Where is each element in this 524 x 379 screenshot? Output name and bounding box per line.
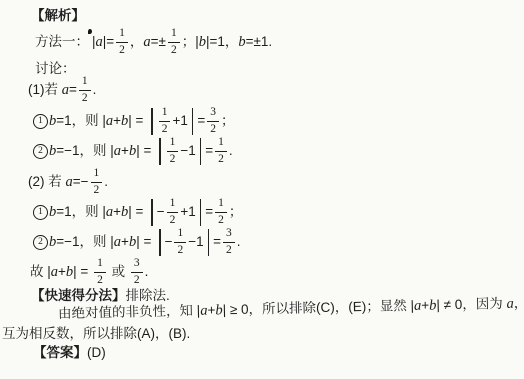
math-variable: a (51, 257, 58, 287)
math-variable: b (49, 197, 56, 227)
text-run: + (121, 227, 129, 257)
conclusion-line: 故 |a+b| = 12 或 32. (30, 257, 148, 287)
fraction: 12 (215, 136, 227, 165)
text-run: − (165, 227, 173, 257)
text-run: . (93, 75, 97, 105)
math-variable: a (62, 75, 69, 105)
analysis-heading: 【解析】 (31, 7, 85, 25)
fraction-denominator: 2 (162, 122, 168, 136)
case2-sub2-line: 2b=−1，则 |a+b| = −12−1=32. (33, 227, 241, 257)
math-variable: a (66, 167, 73, 197)
math-variable: a (114, 136, 121, 166)
text-run: +1 (180, 197, 195, 227)
fraction: 12 (215, 197, 227, 226)
text-run: | ≠ 0，因为 (436, 296, 507, 313)
math-variable: b (66, 257, 73, 287)
fraction-denominator: 2 (170, 213, 176, 227)
math-variable: b (49, 106, 56, 136)
fraction: 32 (207, 106, 219, 135)
fraction-denominator: 2 (97, 273, 103, 287)
fraction-numerator: 1 (79, 75, 91, 90)
text-run: 互为相反数，所以排除(A)，(B). (2, 326, 190, 341)
text-run: . (145, 257, 149, 287)
method-one-line: 方法一：|a|=12，a=±12；|b|=1，b=±1. (35, 27, 272, 57)
circled-number: 2 (33, 144, 48, 159)
text-run: −1 (180, 136, 195, 166)
scanned-solution-page: 【解析】方法一：|a|=12，a=±12；|b|=1，b=±1.讨论：(1)若 … (0, 0, 524, 379)
text-run: (1)若 (28, 75, 62, 105)
abs-value-bar (200, 138, 202, 165)
math-variable: b (199, 27, 206, 57)
text-run: ；| (182, 27, 199, 57)
text-run: =−1，则 | (56, 227, 114, 257)
case2-sub1-line: 1b=1，则 |a+b| = −12+1=12； (33, 197, 242, 227)
fraction-numerator: 1 (91, 167, 103, 182)
fraction-numerator: 3 (131, 257, 143, 272)
case-2-line: (2) 若 a=−12. (28, 167, 108, 197)
text-run: − (157, 197, 165, 227)
fraction-denominator: 2 (218, 213, 224, 227)
abs-value-bar (159, 138, 161, 165)
text-run: + (113, 197, 121, 227)
text-run: =1，则 | (56, 197, 106, 227)
text-run: 排除法. (126, 288, 170, 303)
fraction-numerator: 1 (215, 136, 227, 151)
fraction-denominator: 2 (82, 91, 88, 105)
text-run: =−1，则 | (56, 136, 114, 166)
text-run: =− (73, 167, 89, 197)
fraction: 12 (167, 136, 179, 165)
text-run: = (69, 75, 77, 105)
abs-value-bar (159, 229, 161, 256)
math-variable: a (106, 106, 113, 136)
math-variable: b (49, 136, 56, 166)
text-run: 讨论： (35, 61, 76, 76)
fraction-numerator: 3 (223, 227, 235, 242)
text-run: + (113, 106, 121, 136)
abs-value-bar (151, 108, 153, 135)
text-run: (2) 若 (28, 167, 66, 197)
math-variable: b (121, 197, 128, 227)
text-run: + (58, 257, 66, 287)
math-variable: a (114, 227, 121, 257)
math-variable: b (129, 227, 136, 257)
text-run: | = (128, 106, 147, 136)
text-run: −1 (188, 227, 203, 257)
text-run: =±1. (246, 27, 273, 57)
answer-line: 【答案】(D) (33, 344, 106, 362)
text-run: 由绝对值的非负性，知 | (58, 303, 201, 321)
text-run: (D) (87, 345, 106, 360)
math-variable: a (143, 27, 150, 57)
circled-number: 1 (33, 205, 48, 220)
fraction: 32 (223, 227, 235, 256)
fraction-denominator: 2 (119, 43, 125, 57)
fraction-denominator: 2 (218, 152, 224, 166)
fraction-numerator: 1 (159, 106, 171, 121)
math-variable: b (238, 27, 245, 57)
fraction: 12 (174, 227, 186, 256)
text-run: | = (136, 136, 155, 166)
fraction-numerator: 1 (174, 227, 186, 242)
elimination-para-line2: 互为相反数，所以排除(A)，(B). (2, 325, 190, 343)
bold-text-run: 【答案】 (33, 345, 87, 360)
text-run: ， (130, 27, 144, 57)
fraction-numerator: 1 (168, 27, 180, 42)
text-run: | = (73, 257, 92, 287)
fraction: 12 (94, 257, 106, 286)
abs-value-bar (151, 199, 153, 226)
text-run: . (229, 136, 233, 166)
fraction-numerator: 3 (207, 106, 219, 121)
math-variable: b (49, 227, 56, 257)
circled-number: 1 (33, 114, 48, 129)
text-run: |=1， (206, 27, 238, 57)
fraction-denominator: 2 (210, 122, 216, 136)
fraction-denominator: 2 (134, 273, 140, 287)
fraction: 12 (79, 75, 91, 104)
fraction-numerator: 1 (167, 197, 179, 212)
text-run: +1 (172, 106, 187, 136)
fraction: 12 (159, 106, 171, 135)
text-run: 或 (108, 257, 129, 287)
text-run: 故 | (30, 257, 51, 287)
fraction-numerator: 1 (215, 197, 227, 212)
text-run: . (237, 227, 241, 257)
math-variable: a (96, 27, 103, 57)
text-run: =1，则 | (56, 106, 106, 136)
text-run: + (121, 136, 129, 166)
abs-value-bar (192, 108, 194, 135)
text-run: = (205, 136, 213, 166)
case-1-line: (1)若 a=12. (28, 75, 96, 105)
fraction: 12 (91, 167, 103, 196)
text-run: = (205, 197, 213, 227)
text-run: ； (221, 106, 235, 136)
fraction: 12 (167, 197, 179, 226)
fraction-numerator: 1 (116, 27, 128, 42)
case1-sub1-line: 1b=1，则 |a+b| = 12+1=32； (33, 106, 235, 136)
text-run: ； (229, 197, 243, 227)
text-run: | = (128, 197, 147, 227)
math-variable: b (129, 136, 136, 166)
text-run: | ≥ 0，所以排除(C)，(E)；显然 | (222, 298, 414, 317)
abs-value-bar (208, 229, 210, 256)
fraction: 12 (168, 27, 180, 56)
math-variable: a (106, 197, 113, 227)
text-run: |= (103, 27, 114, 57)
text-run: = (213, 227, 221, 257)
abs-value-bar (200, 199, 202, 226)
text-run: =± (151, 27, 166, 57)
fraction-denominator: 2 (94, 183, 100, 197)
document: 【解析】方法一：|a|=12，a=±12；|b|=1，b=±1.讨论：(1)若 … (0, 0, 524, 379)
text-run: | = (136, 227, 155, 257)
text-run: = (197, 106, 205, 136)
case1-sub2-line: 2b=−1，则 |a+b| = 12−1=12. (33, 136, 233, 166)
fraction-denominator: 2 (170, 152, 176, 166)
fraction: 32 (131, 257, 143, 286)
bold-text-run: 【快速得分法】 (31, 288, 126, 303)
fraction-denominator: 2 (171, 43, 177, 57)
fraction: 12 (116, 27, 128, 56)
fraction-numerator: 1 (167, 136, 179, 151)
fraction-numerator: 1 (94, 257, 106, 272)
bold-text-run: 【解析】 (31, 8, 85, 23)
text-run: 方法一： (35, 27, 89, 57)
text-run: . (104, 167, 108, 197)
fraction-denominator: 2 (177, 243, 183, 257)
fraction-denominator: 2 (226, 243, 232, 257)
circled-number: 2 (33, 235, 48, 250)
math-variable: b (121, 106, 128, 136)
text-run: ， (514, 295, 524, 310)
